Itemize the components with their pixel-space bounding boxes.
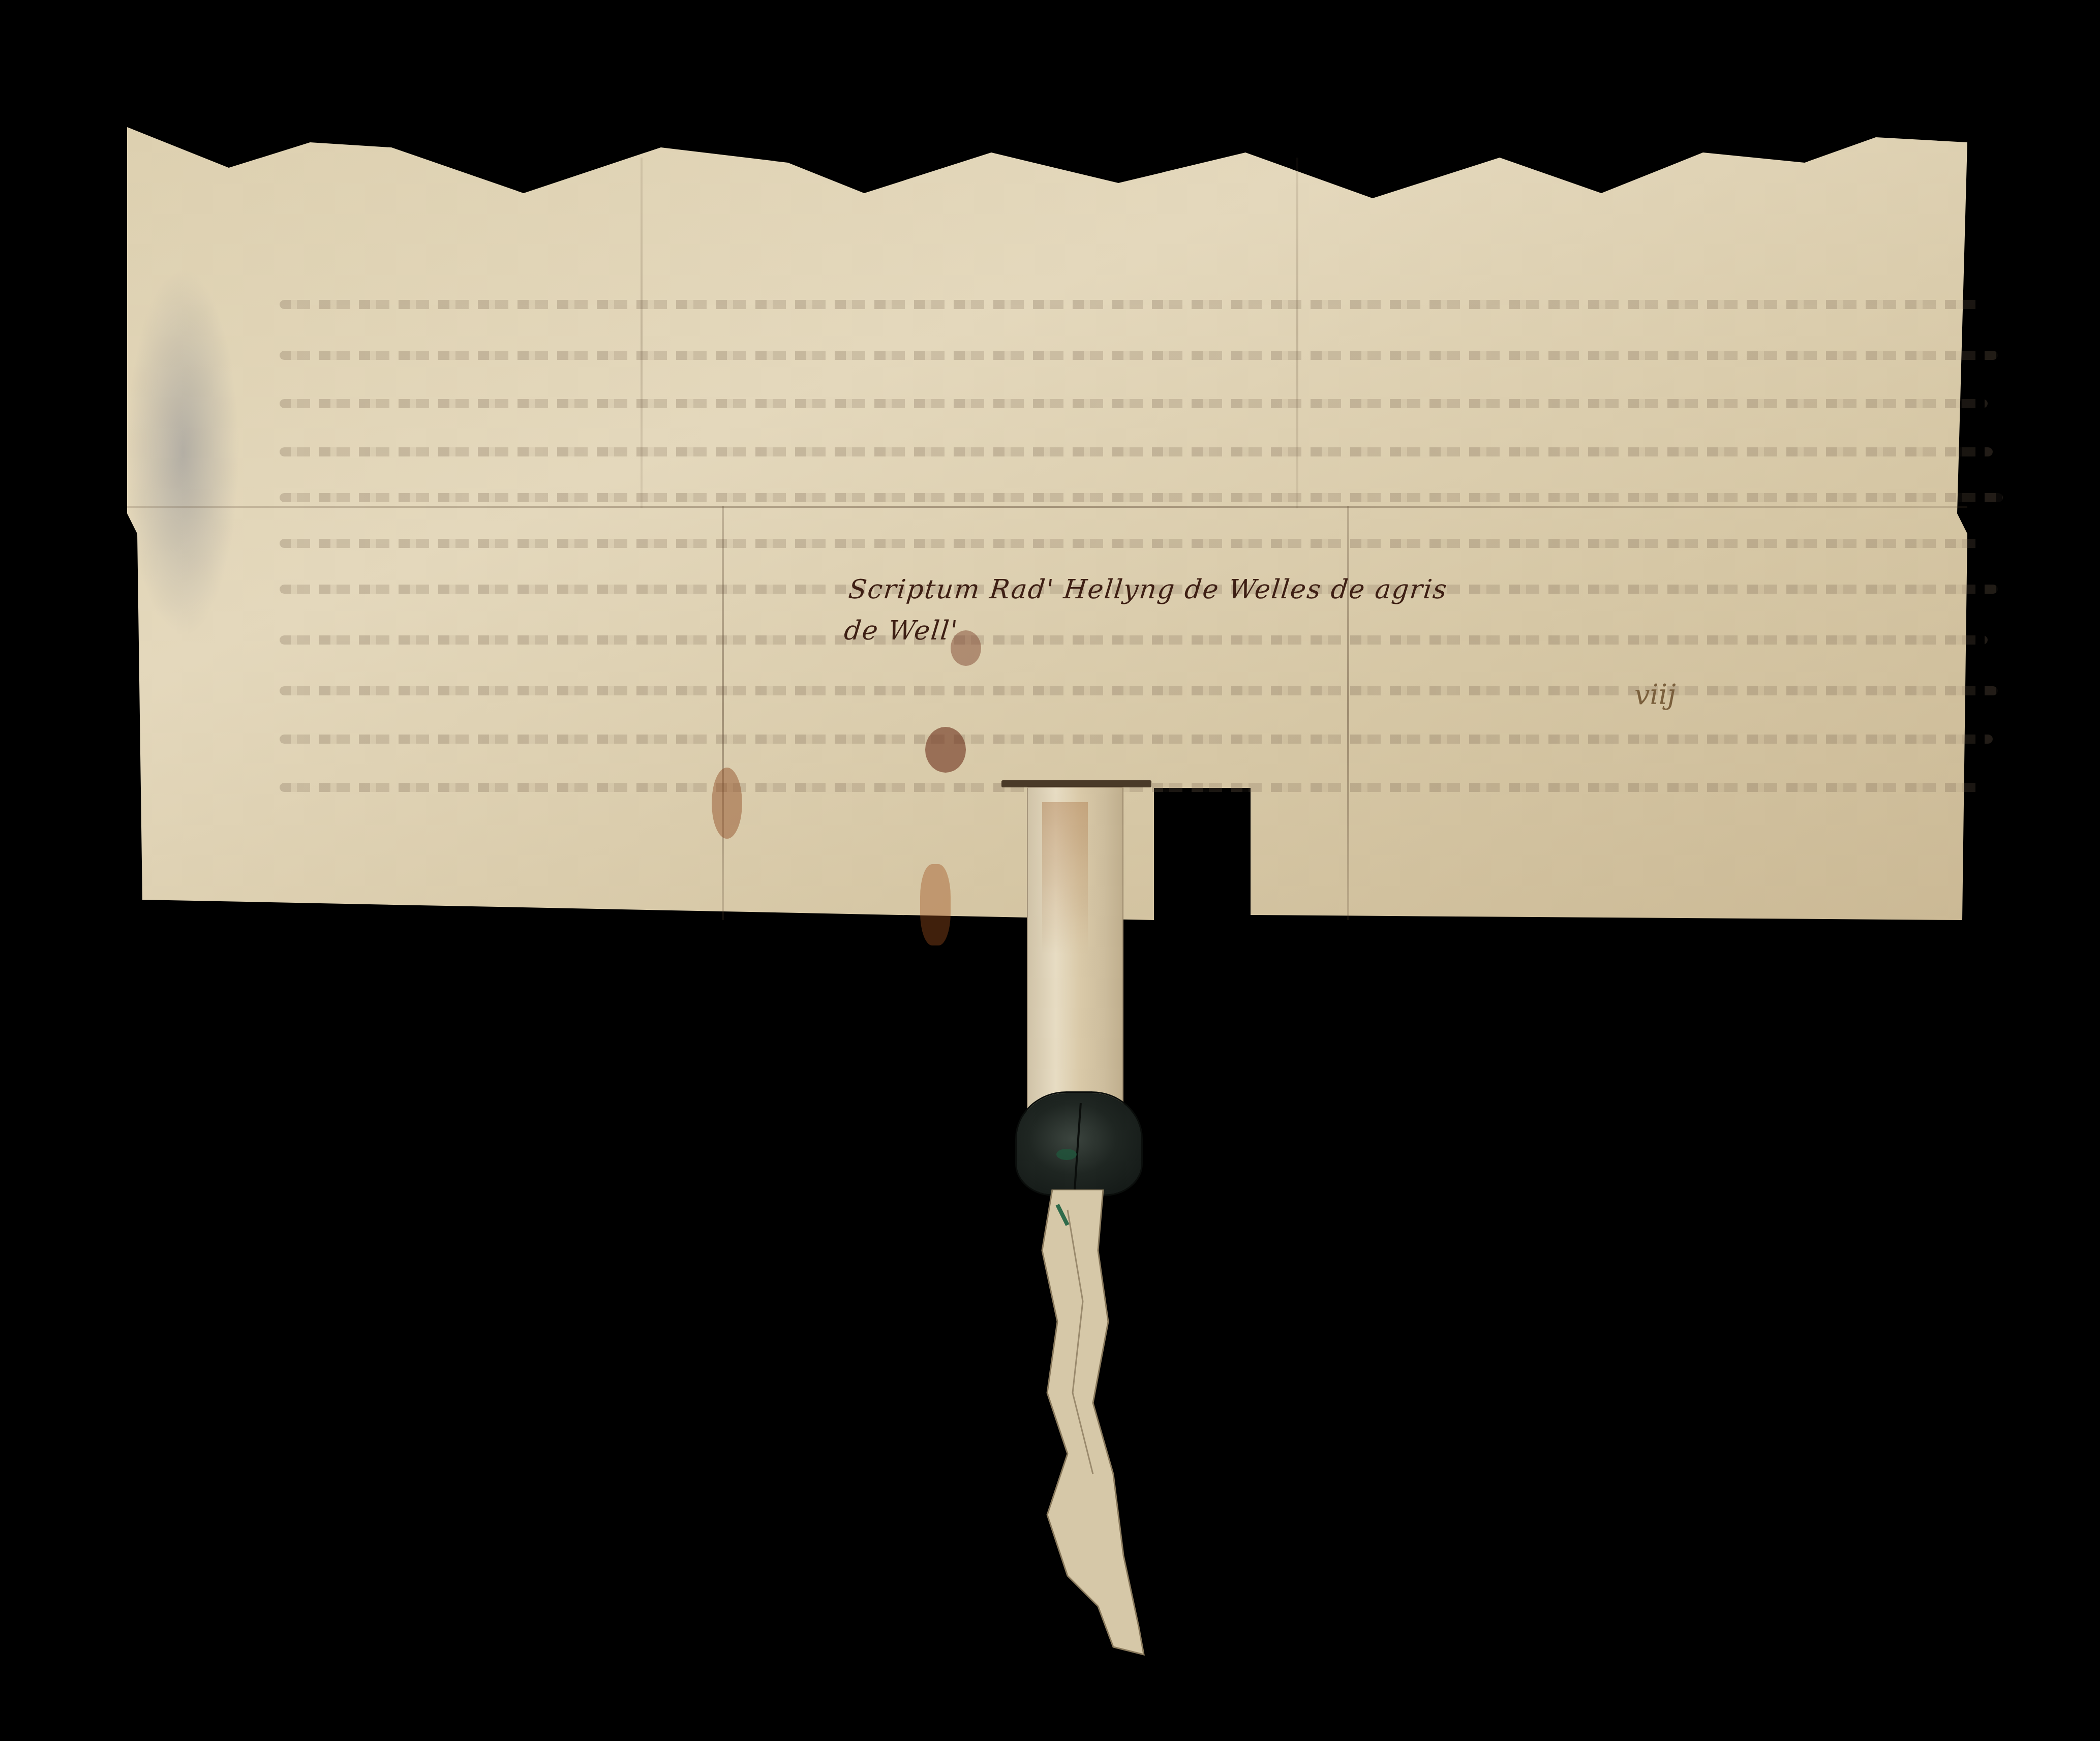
stain [925, 727, 966, 773]
recto-show-through-text [280, 280, 2059, 839]
seal-tag-tail [1037, 1189, 1149, 1657]
endorsement-line-1: Scriptum Rad' Hellyng de Welles de agris [846, 569, 1450, 610]
tag-slit [1001, 780, 1151, 787]
vertical-fold-left [722, 506, 724, 920]
photo-background: Scriptum Rad' Hellyng de Welles de agris… [0, 0, 2100, 1741]
seal-tag [1027, 787, 1123, 1112]
stain [920, 864, 951, 945]
wax-seal [1017, 1093, 1141, 1195]
vertical-fold-right [1347, 506, 1349, 920]
stain [712, 768, 742, 839]
dorse-endorsement: Scriptum Rad' Hellyng de Welles de agris… [842, 569, 1450, 651]
horizontal-fold [127, 506, 1967, 508]
endorsement-line-2: de Well' [842, 610, 1446, 652]
marginal-numeral: viij [1634, 679, 1676, 711]
